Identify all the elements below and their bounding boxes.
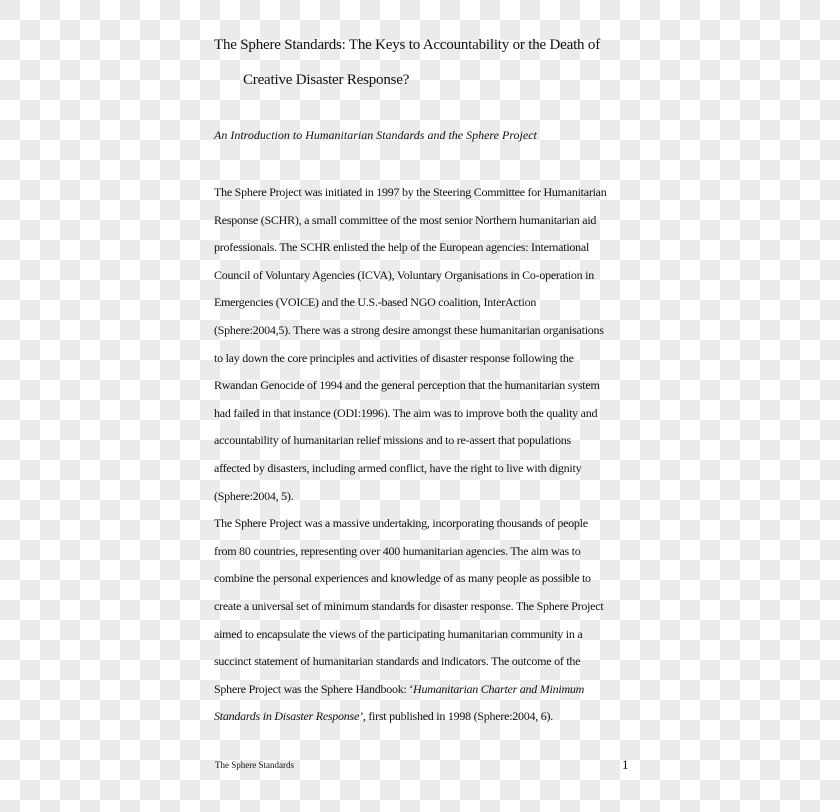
body-line: professionals. The SCHR enlisted the hel… [214, 237, 634, 265]
body-line: (Sphere:2004, 5). [214, 486, 634, 514]
body-line-text: Sphere Project was the Sphere Handbook: … [214, 682, 413, 696]
body-line: combine the personal experiences and kno… [214, 568, 634, 596]
body-line: The Sphere Project was a massive underta… [214, 513, 634, 541]
body-line: accountability of humanitarian relief mi… [214, 430, 634, 458]
body-line: aimed to encapsulate the views of the pa… [214, 624, 634, 652]
body-text: The Sphere Project was initiated in 1997… [214, 182, 634, 734]
body-line: Sphere Project was the Sphere Handbook: … [214, 679, 634, 707]
document-title-line-2: Creative Disaster Response? [243, 72, 409, 89]
body-line: to lay down the core principles and acti… [214, 348, 634, 376]
body-line: create a universal set of minimum standa… [214, 596, 634, 624]
document-page: The Sphere Standards: The Keys to Accoun… [0, 0, 840, 812]
page-number: 1 [622, 757, 629, 773]
footer-title: The Sphere Standards [215, 760, 294, 770]
body-line: Rwandan Genocide of 1994 and the general… [214, 375, 634, 403]
body-line: succinct statement of humanitarian stand… [214, 651, 634, 679]
body-line: (Sphere:2004,5). There was a strong desi… [214, 320, 634, 348]
body-line: from 80 countries, representing over 400… [214, 541, 634, 569]
book-title-italic: Humanitarian Charter and Minimum [413, 682, 584, 696]
body-line: Standards in Disaster Response’, first p… [214, 706, 634, 734]
body-line: Council of Voluntary Agencies (ICVA), Vo… [214, 265, 634, 293]
section-heading: An Introduction to Humanitarian Standard… [214, 128, 537, 143]
document-title-line-1: The Sphere Standards: The Keys to Accoun… [214, 37, 600, 54]
body-line: Emergencies (VOICE) and the U.S.-based N… [214, 292, 634, 320]
body-line: The Sphere Project was initiated in 1997… [214, 182, 634, 210]
body-line: affected by disasters, including armed c… [214, 458, 634, 486]
body-line: Response (SCHR), a small committee of th… [214, 210, 634, 238]
body-line-text: , first published in 1998 (Sphere:2004, … [363, 709, 553, 723]
book-title-italic: Standards in Disaster Response’ [214, 709, 363, 723]
body-line: had failed in that instance (ODI:1996). … [214, 403, 634, 431]
